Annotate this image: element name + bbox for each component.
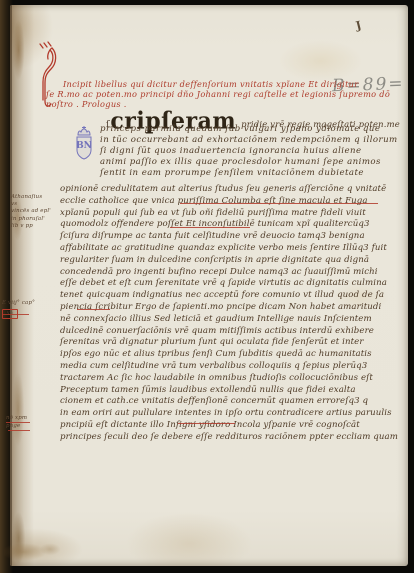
text-line: quomodolz offendere poſſet Et inconſutib… [60, 219, 398, 231]
text-line: tractarem Ac ſic hoc laudabile in omnibu… [60, 373, 398, 385]
marginal-note-athanasius: Athanaſiusvsvincēs ad epl'in phoruſal'li… [11, 194, 51, 230]
red-underline [178, 423, 235, 424]
red-underline [3, 314, 29, 315]
library-stamp-bn: BN [72, 125, 96, 161]
marginal-note-line: in phoruſal' [11, 216, 51, 223]
marginal-note-line: vincēs ad epl' [11, 208, 51, 215]
marginal-note-line: Athanaſius [11, 194, 51, 201]
red-underline [77, 309, 110, 310]
marginal-note-line: nō xpm [6, 415, 30, 422]
marginal-note-line: pnge [6, 423, 30, 430]
text-line: principes ſeculi deo ſe debere eſſe redd… [60, 432, 398, 444]
marginal-note-lower: nō xpm pnge [6, 415, 30, 431]
red-underline [180, 203, 378, 204]
text-line: dulcedinē conuerſaciōnis vrē quam mitiſſ… [60, 326, 398, 338]
folio-ink-mark: J [355, 19, 363, 33]
text-line: ſentit in eam prorumpe ſenſilem vnitaciō… [100, 168, 398, 179]
page-stain [4, 538, 70, 566]
marginal-note-line: vs [11, 201, 51, 208]
text-line: Preceptum tamen ſūmis laudibus extollend… [60, 385, 398, 397]
stamp-letters: BN [76, 141, 92, 151]
rubric-incipit: Incipit libellus qui dicitur deffenſoriu… [46, 79, 390, 109]
red-underline [6, 422, 30, 423]
marginal-note-line: lib v pp [11, 223, 51, 230]
text-line: in tūc occurrebant ad exhortaciōnem rede… [100, 135, 398, 146]
gutter-shadow [10, 5, 34, 566]
prologue-opening-lines: princeps parmila quedam ſub vulgari yſpa… [100, 124, 398, 179]
text-line: animi paſſio ex illis quae proclesdolor … [100, 157, 398, 168]
text-line: concedendā pro ingenti bufino recepi Dul… [60, 267, 398, 279]
rubric-line: ſe R.mo ac poten.mo principi dño Johanni… [46, 89, 390, 99]
page-content: J B=89= Incipit libellus qui dicitur def… [10, 5, 408, 566]
text-line: tenet quicquam indignatius nec acceptū f… [60, 290, 398, 302]
text-line: nē connexſacio illius Sed leticiā et gau… [60, 314, 398, 326]
text-line: pncipiū eſt dictante illo Inſigni yſidor… [60, 420, 398, 432]
text-line: regulariter ſuam in dulcedine conſcripti… [60, 255, 398, 267]
red-underline [170, 227, 250, 228]
text-line: media cum celſitudine vrā tum verbalibus… [60, 361, 398, 373]
text-line: in eam oriri aut pullulare intentes in i… [60, 408, 398, 420]
text-line: princeps parmila quedam ſub vulgari yſpa… [100, 124, 398, 135]
marginal-note-chapter: E viij° cap° vij [2, 300, 35, 319]
text-line: xpĩanū populi qui ſub ea vt ſub oñi fide… [60, 208, 398, 220]
text-line: ſi digni ſūt quos inaduertencia ignoranc… [100, 146, 398, 157]
text-line: ecclie catholice que vnica puriſſima Col… [60, 196, 398, 208]
manuscript-page: J B=89= Incipit libellus qui dicitur def… [10, 5, 408, 566]
text-line: ſerenitas vrā dignatur plurium ſunt qui … [60, 337, 398, 349]
text-line: ſciſura diſrumpe ac tanta fuit celſitudi… [60, 231, 398, 243]
marginal-note-line: E viij° cap° [2, 300, 35, 307]
text-line: ipſos ego nūc et alius tpribus ſenſi Cum… [60, 349, 398, 361]
text-line: cionem et cath.ce vnitatis deffenſionē c… [60, 396, 398, 408]
text-line: opinionē credulitatem aut alterius ſtudu… [60, 184, 398, 196]
manuscript-photo: J B=89= Incipit libellus qui dicitur def… [0, 0, 414, 573]
prologue-body-lines: opinionē credulitatem aut alterius ſtudu… [60, 184, 398, 444]
rubric-line: Incipit libellus qui dicitur deffenſoriu… [46, 79, 390, 89]
text-line: affabilitate ac gratitudine quandaz expl… [60, 243, 398, 255]
red-underline [8, 430, 30, 431]
text-line: piencia ſcribitur Ergo de ſapienti.mo pn… [60, 302, 398, 314]
text-line: eſſe debet et eſt cum ſerenitate vrē q ſ… [60, 278, 398, 290]
